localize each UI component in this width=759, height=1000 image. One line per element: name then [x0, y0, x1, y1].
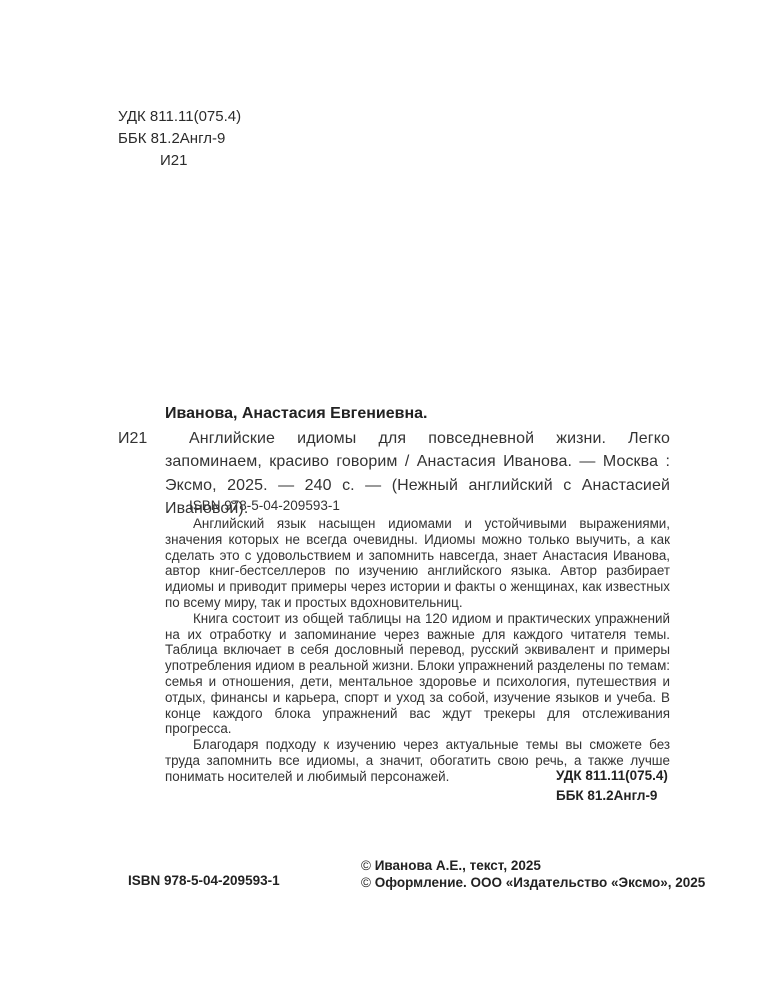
author-mark-left: И21 — [118, 427, 147, 450]
copyright-text: Оформление. ООО «Издательство «Эксмо», 2… — [375, 875, 706, 890]
udk-code: УДК 811.11(075.4) — [118, 106, 241, 128]
udk-code-bottom: УДК 811.11(075.4) — [556, 766, 668, 786]
bbk-code-bottom: ББК 81.2Англ-9 — [556, 786, 668, 806]
annotation-paragraph: Английский язык насыщен идиомами и устой… — [165, 516, 670, 611]
annotation: Английский язык насыщен идиомами и устой… — [165, 516, 670, 785]
copyright-block: © Иванова А.Е., текст, 2025 © Оформление… — [361, 857, 705, 891]
copyright-icon: © — [361, 875, 371, 890]
author-mark: И21 — [118, 150, 241, 172]
copyright-line: © Оформление. ООО «Издательство «Эксмо»,… — [361, 874, 705, 891]
isbn-record: ISBN 978-5-04-209593-1 — [189, 497, 340, 514]
copyright-text: Иванова А.Е., текст, 2025 — [375, 858, 541, 873]
classification-block-top: УДК 811.11(075.4) ББК 81.2Англ-9 И21 — [118, 106, 241, 172]
classification-block-bottom: УДК 811.11(075.4) ББК 81.2Англ-9 — [556, 766, 668, 806]
copyright-line: © Иванова А.Е., текст, 2025 — [361, 857, 705, 874]
annotation-paragraph: Книга состоит из общей таблицы на 120 ид… — [165, 611, 670, 737]
isbn-footer: ISBN 978-5-04-209593-1 — [128, 872, 280, 889]
author-heading: Иванова, Анастасия Евгениевна. — [165, 403, 427, 425]
bbk-code: ББК 81.2Англ-9 — [118, 128, 241, 150]
copyright-icon: © — [361, 858, 371, 873]
